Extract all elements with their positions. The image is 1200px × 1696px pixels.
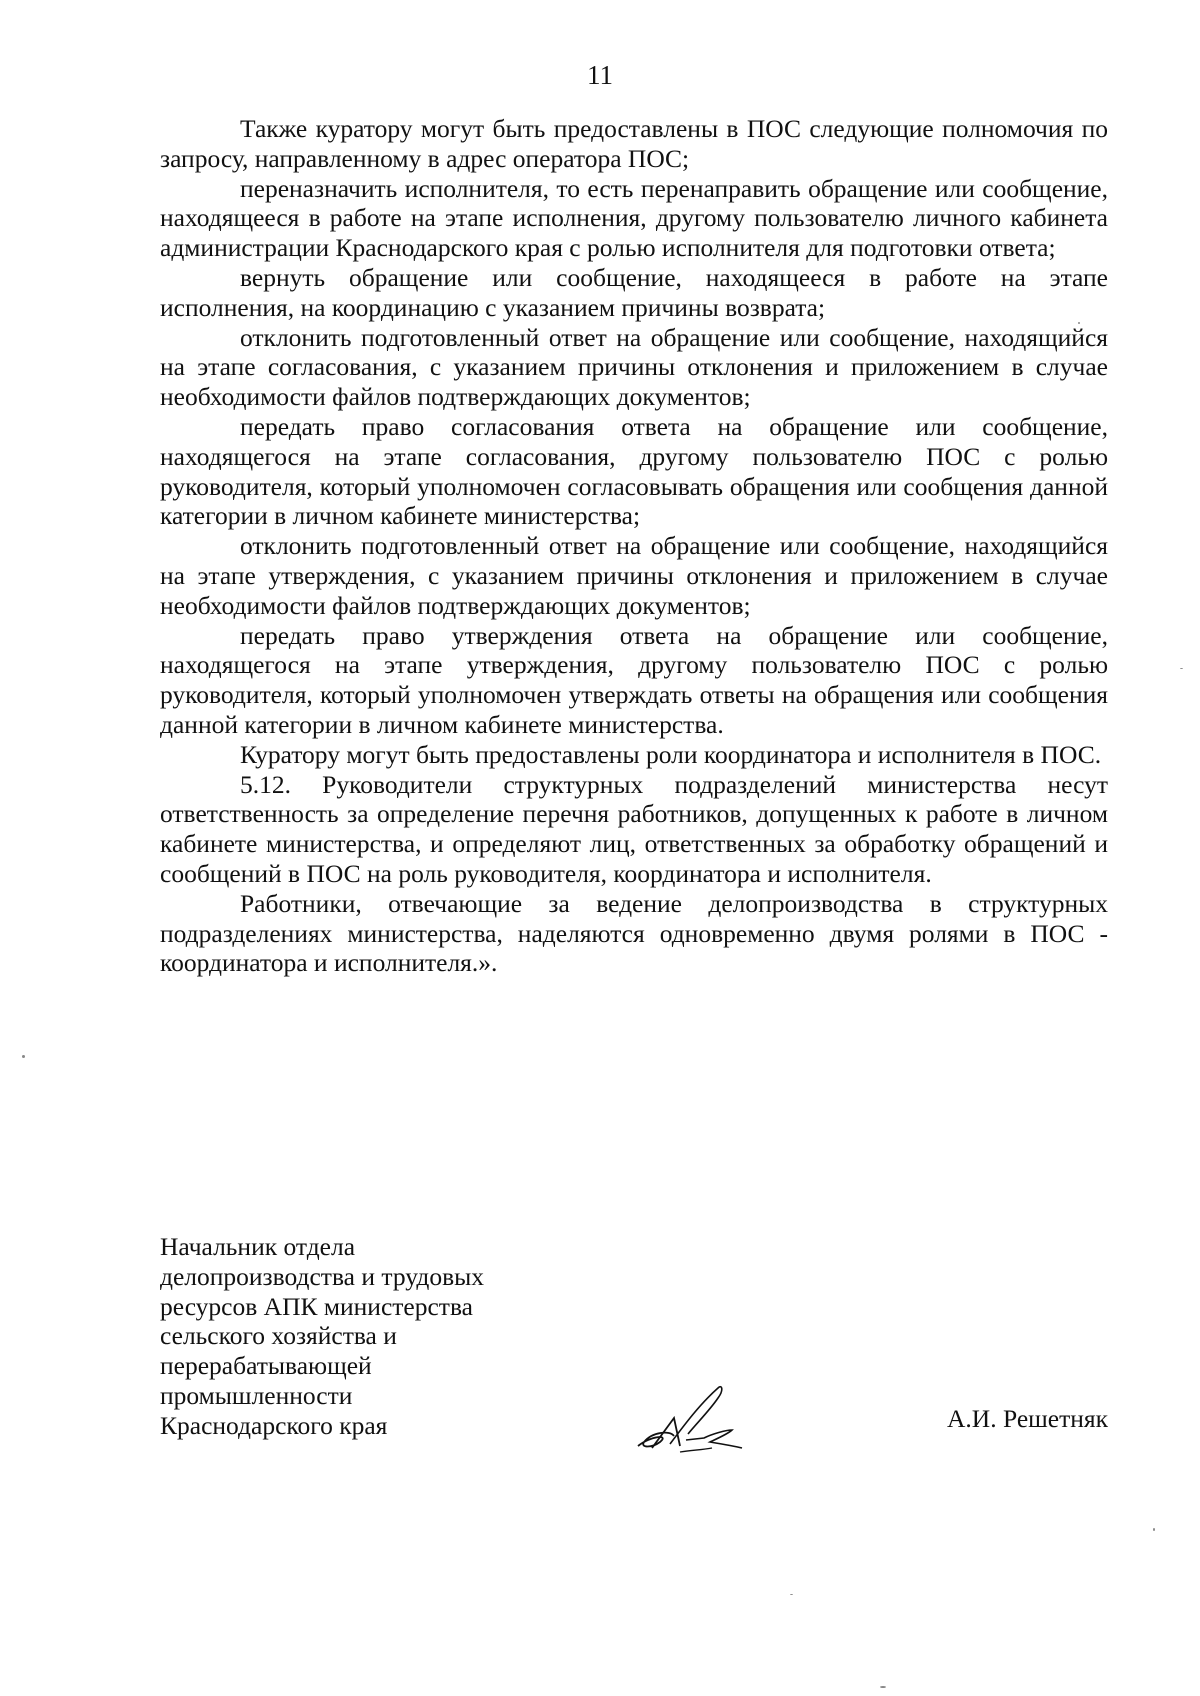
paragraph-return-to-coordination: вернуть обращение или сообщение, находящ…: [160, 263, 1108, 323]
page-number: 11: [0, 60, 1200, 90]
document-body: Также куратору могут быть предоставлены …: [160, 114, 1108, 978]
position-line: сельского хозяйства и: [160, 1321, 580, 1351]
signatory-name: А.И. Решетняк: [947, 1404, 1108, 1434]
position-line: ресурсов АПК министерства: [160, 1292, 580, 1322]
signatory-position: Начальник отдела делопроизводства и труд…: [160, 1232, 580, 1441]
document-page: 11 Также куратору могут быть предоставле…: [0, 0, 1200, 1696]
paragraph-transfer-confirmation-right: передать право утверждения ответа на обр…: [160, 621, 1108, 740]
handwritten-signature-icon: [630, 1384, 750, 1454]
scan-speck: [1078, 322, 1080, 324]
scan-speck: [790, 1594, 793, 1595]
position-line: промышленности: [160, 1381, 580, 1411]
position-line: Начальник отдела: [160, 1232, 580, 1262]
paragraph-clerical-workers-roles: Работники, отвечающие за ведение делопро…: [160, 889, 1108, 978]
position-line: Краснодарского края: [160, 1411, 580, 1441]
signature-block: Начальник отдела делопроизводства и труд…: [160, 1232, 1108, 1472]
paragraph-reassign-executor: переназначить исполнителя, то есть перен…: [160, 174, 1108, 263]
paragraph-reject-at-confirmation-stage: отклонить подготовленный ответ на обраще…: [160, 531, 1108, 620]
position-line: делопроизводства и трудовых: [160, 1262, 580, 1292]
scan-speck: [1153, 1528, 1155, 1531]
paragraph-section-5-12: 5.12. Руководители структурных подраздел…: [160, 770, 1108, 889]
position-line: перерабатывающей: [160, 1351, 580, 1381]
paragraph-transfer-approval-right: передать право согласования ответа на об…: [160, 412, 1108, 531]
paragraph-curator-roles: Куратору могут быть предоставлены роли к…: [160, 740, 1108, 770]
scan-speck: [880, 1686, 886, 1688]
scan-speck: [1180, 668, 1183, 669]
scan-speck: [22, 1055, 25, 1058]
paragraph-reject-at-approval-stage: отклонить подготовленный ответ на обраще…: [160, 323, 1108, 412]
paragraph-curator-powers-intro: Также куратору могут быть предоставлены …: [160, 114, 1108, 174]
